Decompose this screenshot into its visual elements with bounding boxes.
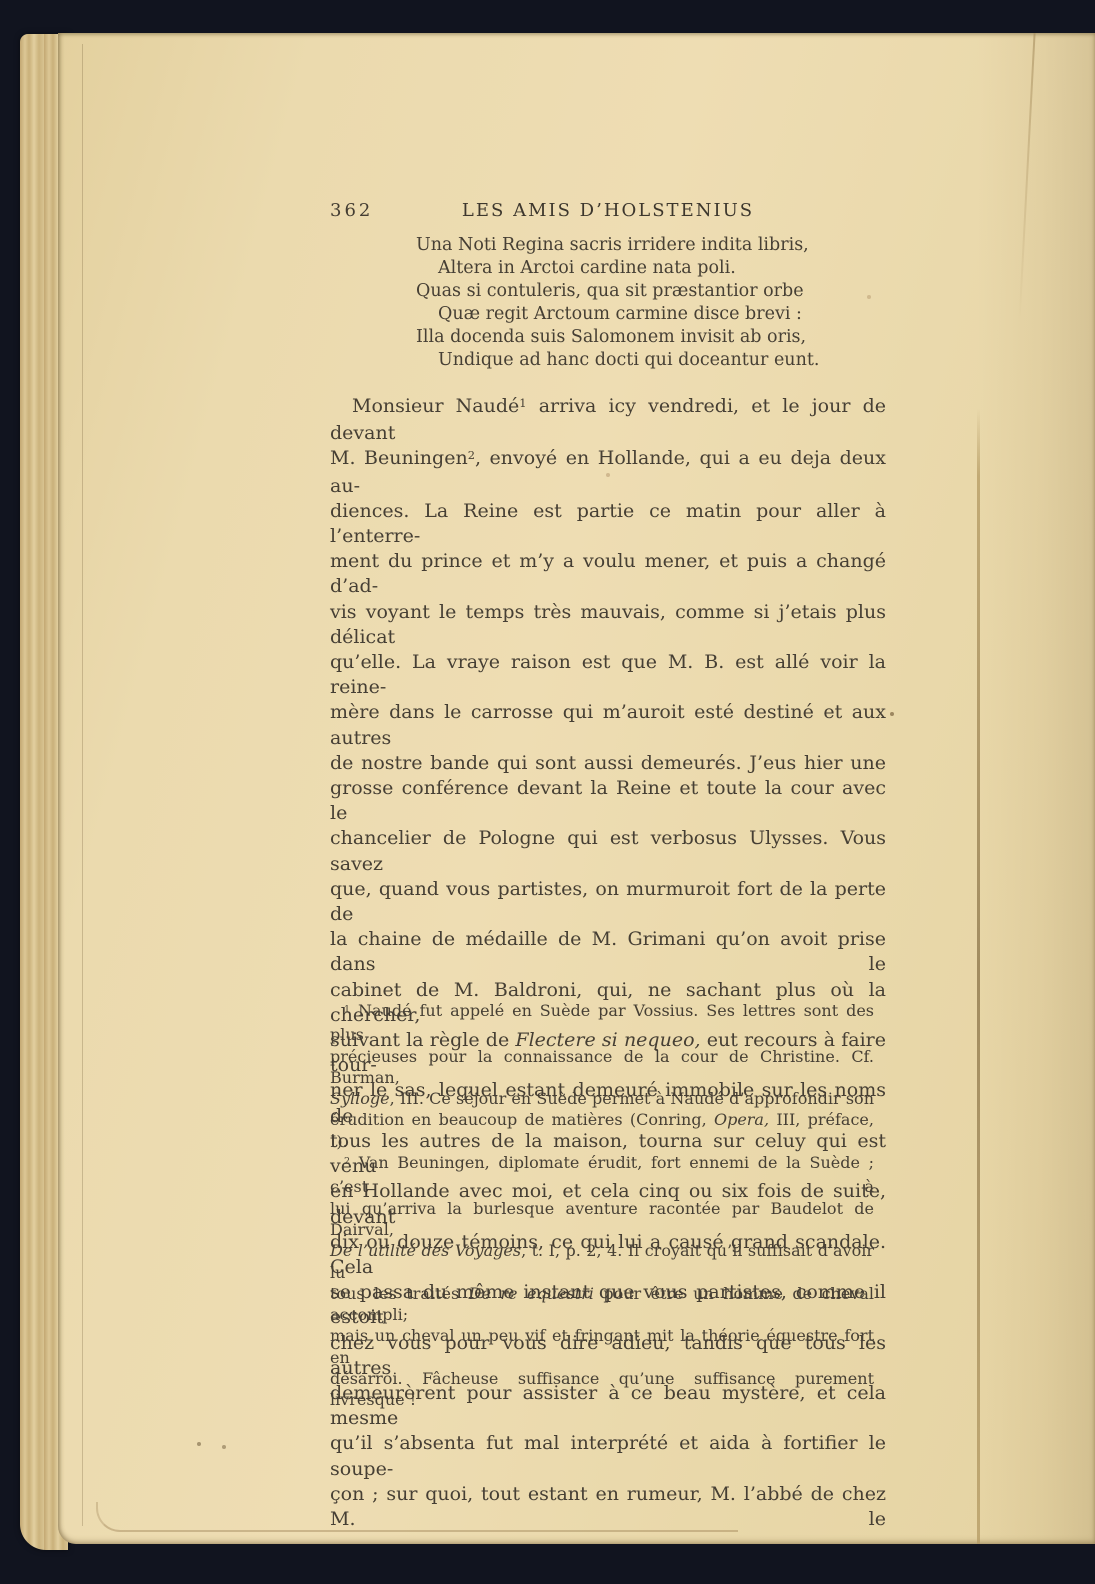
footnote-reference: 2	[468, 448, 475, 462]
italic-text: De re equestri	[469, 1284, 594, 1303]
poem-line: Altera in Arctoi cardine nata poli.	[438, 257, 886, 280]
italic-text: Opera,	[714, 1110, 769, 1129]
italic-text: De l’utilité des Voyages	[330, 1241, 521, 1260]
text-run: Una Noti Regina sacris irridere indita l…	[416, 235, 809, 255]
footnote-line: tous les traités De re equestri pour êtr…	[330, 1283, 874, 1326]
text-run: Naudé fut appelé en Suède par Vossius. S…	[330, 1001, 874, 1044]
body-line: ment du prince et m’y a voulu mener, et …	[330, 549, 886, 599]
footnote-line: 2 Van Beuningen, diplomate érudit, fort …	[330, 1152, 874, 1198]
footnote-2: 2 Van Beuningen, diplomate érudit, fort …	[330, 1152, 874, 1411]
italic-text: Sylloge	[330, 1089, 390, 1108]
footnote-reference: 1	[344, 1004, 350, 1015]
body-line: qu’elle. La vraye raison est que M. B. e…	[330, 650, 886, 700]
text-run: Altera in Arctoi cardine nata poli.	[438, 258, 736, 278]
text-run: Quæ regit Arctoum carmine disce brevi :	[438, 304, 802, 324]
body-line: vis voyant le temps très mauvais, comme …	[330, 600, 886, 650]
body-line: chancelier de Pologne qui est verbosus U…	[330, 826, 886, 876]
text-run: Quas si contuleris, qua sit præstantior …	[416, 281, 804, 301]
poem-line: Quæ regit Arctoum carmine disce brevi :	[438, 303, 886, 326]
footnote-line: précieuses pour la connaissance de la co…	[330, 1046, 874, 1089]
paper-specks	[0, 0, 2, 2]
text-run: , III. Ce séjour en Suède permet à Naudé…	[390, 1089, 874, 1108]
body-line: grosse conférence devant la Reine et tou…	[330, 776, 886, 826]
footnote-line: mais un cheval un peu vif et fringant mi…	[330, 1325, 874, 1368]
footnote-reference: 2	[344, 1156, 350, 1167]
text-run: diences. La Reine est partie ce matin po…	[330, 500, 886, 547]
running-header: 362 LES AMIS D’HOLSTENIUS	[330, 200, 886, 224]
text-run: Illa docenda suis Salomonem invisit ab o…	[416, 327, 806, 347]
text-run: chancelier de Pologne qui est verbosus U…	[330, 827, 886, 874]
text-run: mais un cheval un peu vif et fringant mi…	[330, 1326, 874, 1366]
text-run: grosse conférence devant la Reine et tou…	[330, 777, 886, 824]
gutter-shadow	[977, 33, 1095, 1544]
text-run: lui qu’arriva la burlesque aventure raco…	[330, 1199, 874, 1239]
footnote-line: lui qu’arriva la burlesque aventure raco…	[330, 1198, 874, 1241]
footnote-line: érudition en beaucoup de matières (Conri…	[330, 1109, 874, 1152]
body-line: Monsieur Naudé1 arriva icy vendredi, et …	[330, 394, 886, 446]
body-line: la chaine de médaille de M. Grimani qu’o…	[330, 927, 886, 977]
latin-poem: Una Noti Regina sacris irridere indita l…	[330, 234, 886, 372]
text-run: Undique ad hanc docti qui doceantur eunt…	[438, 350, 819, 370]
body-line: M. Beuningen2, envoyé en Hollande, qui a…	[330, 446, 886, 498]
text-run: vis voyant le temps très mauvais, comme …	[330, 601, 886, 648]
body-line: de nostre bande qui sont aussi demeurés.…	[330, 751, 886, 776]
left-margin-fold-line	[82, 44, 83, 1526]
text-run: précieuses pour la connaissance de la co…	[330, 1047, 874, 1087]
body-line: çon ; sur quoi, tout estant en rumeur, M…	[330, 1482, 886, 1532]
text-run: Monsieur Naudé	[352, 395, 519, 417]
text-run: qu’elle. La vraye raison est que M. B. e…	[330, 651, 886, 698]
footnote-reference: 1	[519, 396, 526, 410]
body-line: que, quand vous partistes, on murmuroit …	[330, 877, 886, 927]
poem-line: Quas si contuleris, qua sit præstantior …	[416, 280, 886, 303]
text-run: désarroi. Fâcheuse suffisance qu’une suf…	[330, 1369, 874, 1409]
body-line: qu’il s’absenta fut mal interprété et ai…	[330, 1431, 886, 1481]
poem-line: Una Noti Regina sacris irridere indita l…	[416, 234, 886, 257]
text-run: qu’il s’absenta fut mal interprété et ai…	[330, 1432, 886, 1479]
text-run: M. Beuningen	[330, 447, 468, 469]
running-title: LES AMIS D’HOLSTENIUS	[462, 200, 754, 221]
page-number: 362	[330, 200, 373, 221]
text-run: tous les traités	[330, 1284, 469, 1303]
text-run: érudition en beaucoup de matières (Conri…	[330, 1110, 714, 1129]
footnote-line: désarroi. Fâcheuse suffisance qu’une suf…	[330, 1368, 874, 1411]
footnote-line: De l’utilité des Voyages, t. I, p. 2, 4.…	[330, 1240, 874, 1283]
footnote-line: Sylloge, III. Ce séjour en Suède permet …	[330, 1088, 874, 1109]
text-run: de nostre bande qui sont aussi demeurés.…	[330, 752, 886, 774]
text-run: çon ; sur quoi, tout estant en rumeur, M…	[330, 1483, 886, 1530]
page-crease-line	[977, 408, 980, 1544]
footnote-line: 1 Naudé fut appelé en Suède par Vossius.…	[330, 1000, 874, 1046]
text-run: mère dans le carrosse qui m’auroit esté …	[330, 701, 886, 748]
scanned-book-photo: 362 LES AMIS D’HOLSTENIUS Una Noti Regin…	[0, 0, 1095, 1584]
poem-line: Undique ad hanc docti qui doceantur eunt…	[438, 349, 886, 372]
text-run: Van Beuningen, diplomate érudit, fort en…	[330, 1153, 874, 1196]
poem-line: Illa docenda suis Salomonem invisit ab o…	[416, 326, 886, 349]
text-run: ment du prince et m’y a voulu mener, et …	[330, 550, 886, 597]
text-run: que, quand vous partistes, on murmuroit …	[330, 878, 886, 925]
body-line: mère dans le carrosse qui m’auroit esté …	[330, 700, 886, 750]
text-run: la chaine de médaille de M. Grimani qu’o…	[330, 928, 886, 975]
footnotes: 1 Naudé fut appelé en Suède par Vossius.…	[330, 1000, 874, 1411]
body-line: diences. La Reine est partie ce matin po…	[330, 499, 886, 549]
footnote-1: 1 Naudé fut appelé en Suède par Vossius.…	[330, 1000, 874, 1152]
